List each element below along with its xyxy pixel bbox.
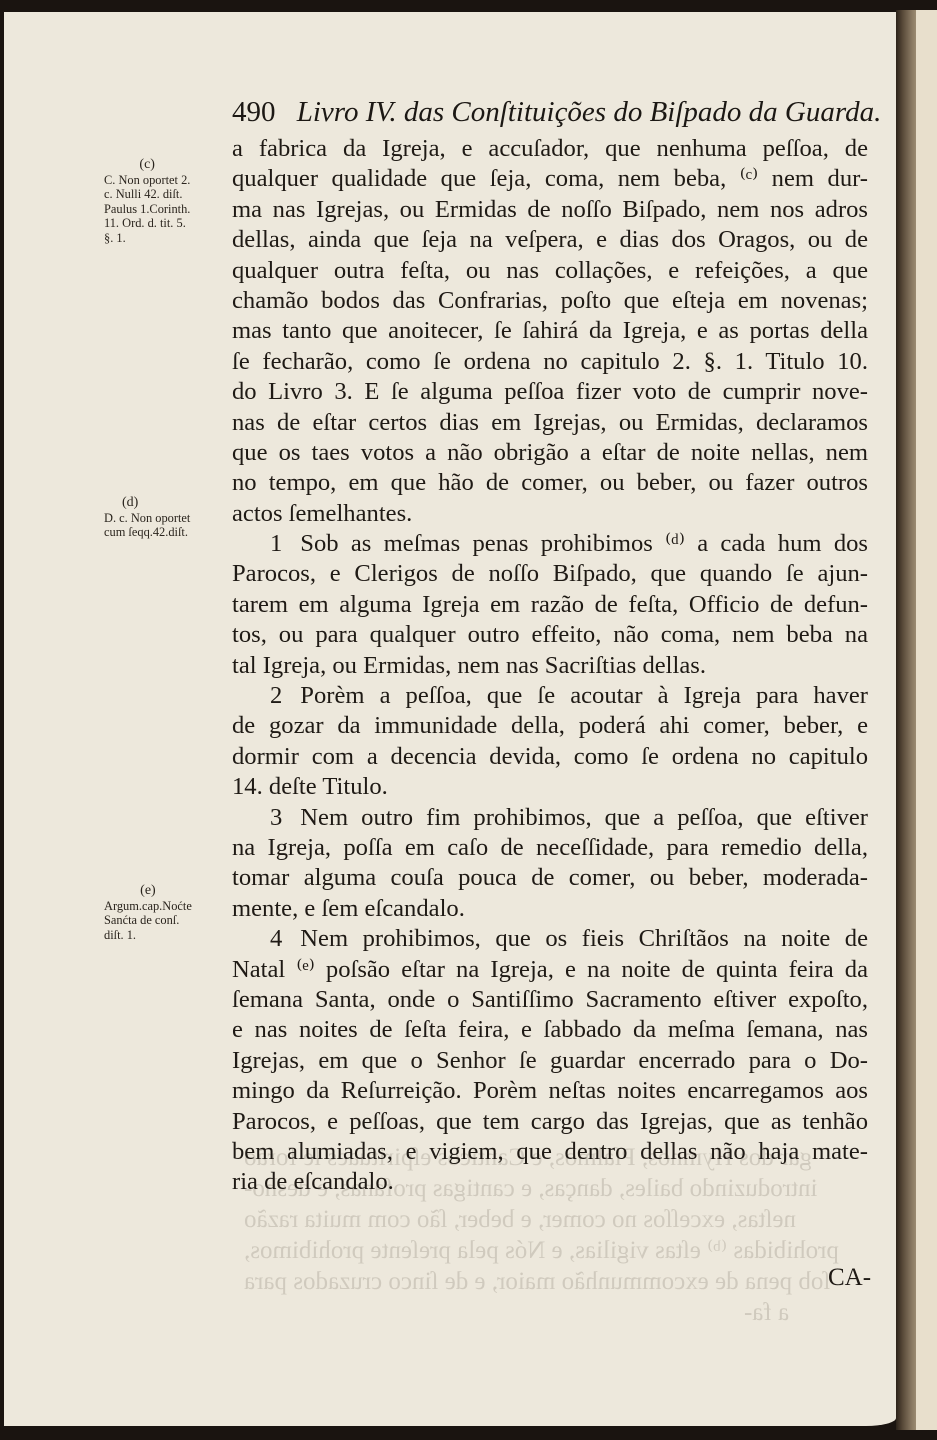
running-head: 490 Livro IV. das Conſtituições do Biſpa… [232,96,872,132]
margin-note-e: (e) Argum.cap.Noćte Sanćta de conſ. diſt… [104,884,192,942]
show-through-line: ſob pena de excommunhão maior, e de ſinc… [244,1266,830,1297]
paragraph-number: 2 [270,682,282,709]
text-line: Parocos, e Clerigos de noſſo Biſpado, qu… [232,559,868,589]
body-text: a fabrica da Igreja, e accuſador, que ne… [232,134,868,1198]
margin-note-c: (c) C. Non oportet 2. c. Nulli 42. diſt.… [104,158,190,246]
text-line: Porèm a peſſoa, que ſe acoutar à Igreja … [300,682,868,709]
paragraph-number: 3 [270,804,282,831]
text-line: qualquer qualidade que ſeja, coma, nem b… [232,164,868,194]
paragraph-number: 4 [270,925,282,952]
text-line: mas tanto que anoitecer, ſe ſahirá da Ig… [232,316,868,346]
text-line: mente, e ſem eſcandalo. [232,894,868,924]
text-line: Natal ⁽ᵉ⁾ poſsão eſtar na Igreja, e na n… [232,955,868,985]
text-line: ria de eſcandalo. [232,1167,868,1197]
text-line-numbered: 1Sob as meſmas penas prohibimos ⁽ᵈ⁾ a ca… [232,529,868,559]
show-through-line: prohibidas ⁽ᵇ⁾ eſtas vigilias, e Nós pel… [244,1235,839,1266]
text-line: no tempo, em que hão de comer, ou beber,… [232,468,868,498]
text-line: Sob as meſmas penas prohibimos ⁽ᵈ⁾ a cad… [300,530,868,557]
note-line: diſt. 1. [104,928,192,943]
book-spine [896,10,916,1430]
text-line: actos ſemelhantes. [232,499,868,529]
text-line: nas de eſtar certos dias em Igrejas, ou … [232,408,868,438]
note-line: C. Non oportet 2. [104,173,190,188]
note-line: §. 1. [104,231,190,246]
text-line: Parocos, e peſſoas, que tem cargo das Ig… [232,1107,868,1137]
paragraph-4: 4Nem prohibimos, que os fieis Chriſtãos … [232,924,868,1198]
note-line: Paulus 1.Corinth. [104,202,190,217]
note-marker: (d) [104,496,190,511]
text-line: ma nas Igrejas, ou Ermidas de noſſo Biſp… [232,195,868,225]
paragraph-2: 2Porèm a peſſoa, que ſe acoutar à Igreja… [232,681,868,803]
text-line: Igrejas, em que o Senhor ſe guardar ence… [232,1046,868,1076]
show-through-line: a fa- [744,1297,789,1328]
text-line: que os taes votos a não obrigão a eſtar … [232,438,868,468]
note-marker: (c) [104,158,190,173]
paragraph-intro: a fabrica da Igreja, e accuſador, que ne… [232,134,868,529]
margin-note-d: (d) D. c. Non oportet cum ſeqq.42.diſt. [104,496,190,540]
note-line: 11. Ord. d. tit. 5. [104,216,190,231]
text-line: de gozar da immunidade della, poderá ahi… [232,711,868,741]
text-line: do Livro 3. E ſe alguma peſſoa fizer vot… [232,377,868,407]
text-line: Nem outro fim prohibimos, que a peſſoa, … [300,804,868,831]
text-line: a fabrica da Igreja, e accuſador, que ne… [232,134,868,164]
catchword: CA- [828,1264,871,1292]
text-line: chamão bodos das Confrarias, poſto que e… [232,286,868,316]
paragraph-3: 3Nem outro fim prohibimos, que a peſſoa,… [232,803,868,925]
text-line: tarem em alguma Igreja em razão de feſta… [232,590,868,620]
note-line: Sanćta de conſ. [104,913,192,928]
text-line: na Igreja, poſſa em caſo de neceſſidade,… [232,833,868,863]
show-through-line: neſtas, exceſſos no comer, e beber, ſão … [244,1204,796,1235]
page-number: 490 [232,96,276,128]
text-line-numbered: 4Nem prohibimos, que os fieis Chriſtãos … [232,924,868,954]
running-head-title: Livro IV. das Conſtituições do Biſpado d… [297,96,882,128]
text-line: bem alumiadas, e vigiem, que dentro dell… [232,1137,868,1167]
text-line: tal Igreja, ou Ermidas, nem nas Sacriſti… [232,651,868,681]
text-line: ſemana Santa, onde o Santiſſimo Sacramen… [232,985,868,1015]
text-line: tomar alguma couſa pouca de comer, ou be… [232,863,868,893]
text-line-numbered: 3Nem outro fim prohibimos, que a peſſoa,… [232,803,868,833]
text-line: mingo da Reſurreição. Porèm neſtas noite… [232,1076,868,1106]
text-line: dormir com a decencia devida, como ſe or… [232,742,868,772]
text-line: 14. deſte Titulo. [232,772,868,802]
note-marker: (e) [104,884,192,899]
text-line: qualquer outra feſta, ou nas collações, … [232,256,868,286]
facing-page-edge [916,10,937,1430]
paragraph-1: 1Sob as meſmas penas prohibimos ⁽ᵈ⁾ a ca… [232,529,868,681]
text-line: e nas noites de ſeſta feira, e ſabbado d… [232,1015,868,1045]
text-line: ſe fecharão, como ſe ordena no capitulo … [232,347,868,377]
note-line: D. c. Non oportet [104,511,190,526]
note-line: cum ſeqq.42.diſt. [104,525,190,540]
note-line: Argum.cap.Noćte [104,899,192,914]
text-line: Nem prohibimos, que os fieis Chriſtãos n… [300,925,868,952]
text-line: tos, ou para qualquer outro effeito, não… [232,620,868,650]
note-line: c. Nulli 42. diſt. [104,187,190,202]
text-line-numbered: 2Porèm a peſſoa, que ſe acoutar à Igreja… [232,681,868,711]
text-line: dellas, ainda que ſeja na veſpera, e dia… [232,225,868,255]
paragraph-number: 1 [270,530,282,557]
